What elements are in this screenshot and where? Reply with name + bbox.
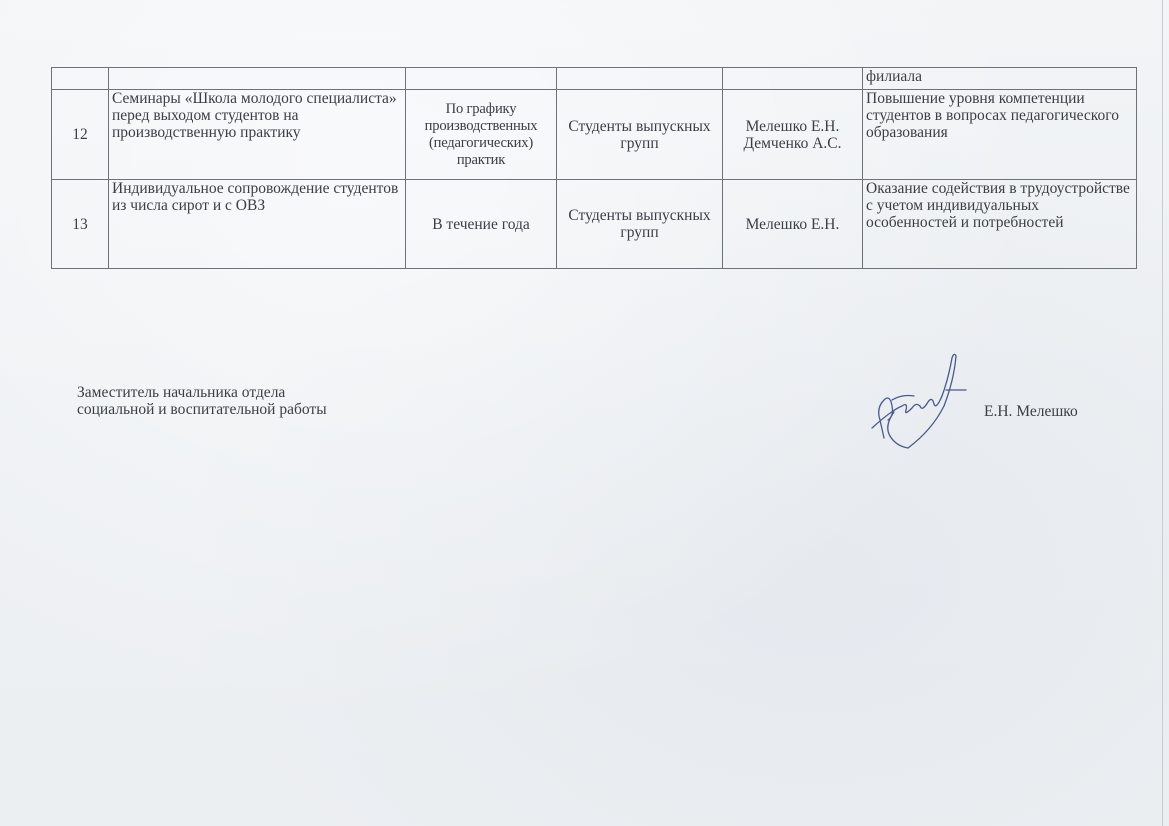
cell-participants [557, 68, 723, 90]
cell-event: Семинары «Школа молодого специалиста» пе… [109, 90, 406, 180]
cell-timing: По графику производственных (педагогичес… [406, 90, 557, 180]
cell-responsible: Мелешко Е.Н. Демченко А.С. [723, 90, 863, 180]
cell-num: 13 [52, 180, 109, 269]
cell-result: Оказание содействия в трудоустройстве с … [863, 180, 1137, 269]
cell-participants: Студенты выпускных групп [557, 180, 723, 269]
signatory-name: Е.Н. Мелешко [984, 403, 1078, 421]
cell-participants: Студенты выпускных групп [557, 90, 723, 180]
signatory-position: Заместитель начальника отдела социальной… [77, 384, 327, 418]
cell-num [52, 68, 109, 90]
table-row: 13 Индивидуальное сопровождение студенто… [52, 180, 1137, 269]
handwritten-signature-icon [862, 350, 972, 450]
table-row: 12 Семинары «Школа молодого специалиста»… [52, 90, 1137, 180]
cell-timing [406, 68, 557, 90]
cell-responsible: Мелешко Е.Н. [723, 180, 863, 269]
cell-event [109, 68, 406, 90]
page-edge [1162, 0, 1163, 826]
cell-event: Индивидуальное сопровождение студентов и… [109, 180, 406, 269]
table-row-continuation: филиала [52, 68, 1137, 90]
scanned-page: филиала 12 Семинары «Школа молодого спец… [0, 0, 1169, 826]
position-line-1: Заместитель начальника отдела [77, 384, 327, 401]
position-line-2: социальной и воспитательной работы [77, 401, 327, 418]
activity-plan-table: филиала 12 Семинары «Школа молодого спец… [51, 67, 1137, 269]
cell-result: Повышение уровня компетенции студентов в… [863, 90, 1137, 180]
cell-timing: В течение года [406, 180, 557, 269]
cell-result: филиала [863, 68, 1137, 90]
cell-responsible [723, 68, 863, 90]
cell-num: 12 [52, 90, 109, 180]
